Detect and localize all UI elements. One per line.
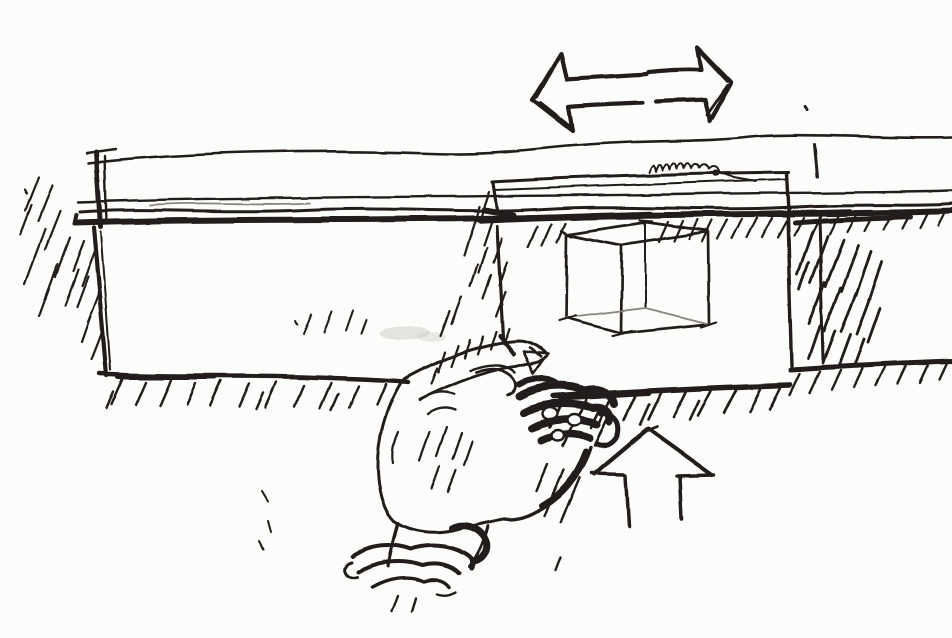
hatch-strokes: [106, 380, 386, 410]
stray-strokes: [259, 492, 271, 549]
opening-shadow-right: [790, 218, 952, 395]
left-post: [96, 152, 101, 227]
cube-bottom-face: [566, 318, 709, 333]
slide-direction-arrows: [533, 47, 731, 131]
hatch-strokes: [797, 232, 882, 367]
back-of-hand-scribble: [420, 392, 456, 414]
cube-back-bottom: [566, 308, 709, 324]
cuff-scribble: [358, 561, 460, 573]
knuckle-scribble: [532, 420, 596, 429]
cube-top-face: [567, 222, 708, 245]
arrow-left-icon: [533, 54, 646, 131]
beam-top-line: [88, 135, 952, 163]
cuff-scribble: [372, 578, 450, 587]
panel-right-edge: [787, 173, 792, 366]
beam-face-wave: [150, 203, 310, 205]
sketch-canvas: [0, 0, 952, 638]
finger-loop: [566, 415, 580, 427]
wireframe-cube: [559, 220, 716, 336]
forearm-left-contour: [377, 381, 402, 521]
beam-tick: [805, 107, 817, 176]
curled-fingers: [520, 379, 618, 446]
hand-gripping-panel-edge: [344, 329, 618, 612]
arrow-up-base: [591, 473, 714, 476]
track-top-line: [78, 191, 952, 202]
arrow-up-shaft: [626, 475, 682, 527]
cuff-loop: [344, 562, 357, 578]
stray-marks: [259, 492, 271, 549]
sketch-svg: [0, 0, 952, 638]
track-left-tail: [74, 215, 76, 224]
wrist-cuff: [344, 523, 488, 612]
hatch-strokes: [20, 178, 103, 360]
hatching-left-wall: [20, 178, 103, 360]
knuckle-scribble: [520, 379, 556, 384]
palm-hatch: [392, 428, 472, 491]
hatching-mid-ticks: [296, 310, 446, 342]
hatch-strokes: [296, 310, 366, 335]
hatching-below-wall: [106, 380, 386, 410]
cuff-tails: [392, 592, 456, 612]
finger-loop: [542, 408, 556, 420]
finger-loop: [551, 431, 563, 441]
grip-accent: [500, 336, 514, 354]
arrow-up-head: [594, 429, 712, 475]
fixed-wall-left: [94, 228, 408, 382]
arrow-right-icon: [648, 47, 731, 121]
